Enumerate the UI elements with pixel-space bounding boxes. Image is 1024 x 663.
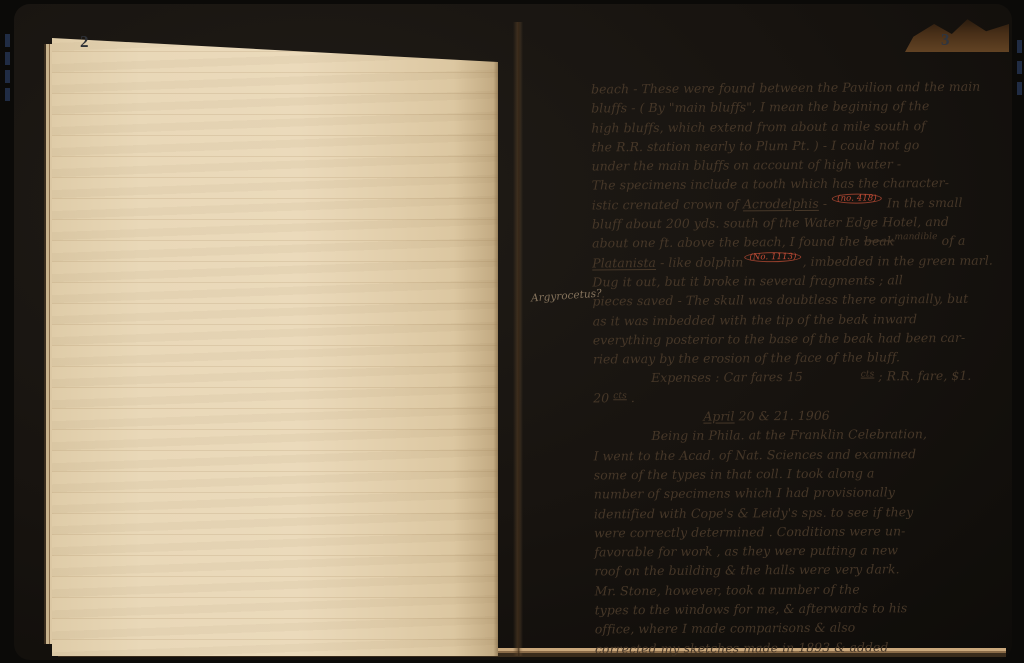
handwriting-segment: April — [703, 408, 734, 423]
handwriting-segment: as it was imbedded with the tip of the b… — [593, 311, 918, 328]
handwriting-line: Platanista - like dolphin(No. 1113), imb… — [592, 250, 1004, 272]
handwriting-segment: Expenses : Car fares 15 — [651, 369, 803, 385]
edge-dash — [5, 52, 10, 65]
handwriting-segment: bluff about 200 yds. south of the Water … — [592, 214, 949, 231]
handwriting-segment: under the main bluffs on account of high… — [592, 156, 902, 173]
handwriting-segment: 20 — [593, 390, 613, 405]
handwriting-segment: high bluffs, which extend from about a m… — [591, 118, 926, 135]
handwriting-segment: 20 & 21. 1906 — [735, 408, 830, 424]
handwriting-segment: pieces saved - The skull was doubtless t… — [592, 291, 968, 309]
handwriting-segment: favorable for work , as they were puttin… — [594, 542, 898, 559]
handwriting-segment: ried away by the erosion of the face of … — [593, 349, 900, 366]
handwriting-segment: - — [819, 196, 831, 211]
edge-dash — [5, 70, 10, 83]
handwriting-segment: I went to the Acad. of Nat. Sciences and… — [594, 446, 917, 463]
handwriting-segment: the R.R. station nearly to Plum Pt. ) - … — [591, 137, 919, 154]
handwriting-segment: bluffs - ( By "main bluffs", I mean the … — [591, 98, 929, 115]
handwriting-segment: beak — [864, 234, 895, 249]
handwriting-segment: types to the windows for me, & afterward… — [595, 600, 908, 617]
handwriting-segment: Acrodelphis — [743, 196, 819, 212]
handwriting-segment: everything posterior to the base of the … — [593, 330, 966, 348]
handwriting-line: about one ft. above the beach, I found t… — [592, 231, 1004, 253]
right-page-number: 3 — [941, 30, 950, 50]
edge-dash — [1017, 82, 1022, 95]
handwriting-segment: of a — [938, 233, 966, 248]
handwriting-segment: . — [627, 390, 635, 405]
edge-dash — [5, 34, 10, 47]
handwriting-segment: corrected my sketches made in 1893 & add… — [595, 639, 889, 656]
handwriting-line: corrected my sketches made in 1893 & add… — [595, 636, 1007, 658]
handwriting-segment: The specimens include a tooth which has … — [592, 175, 949, 192]
handwriting-block: beach - These were found between the Pav… — [591, 77, 1007, 659]
handwriting-segment: ; R.R. fare, $1. — [874, 368, 971, 384]
notebook-photo: 2 3 beach - These were found between the… — [0, 0, 1024, 663]
handwriting-segment: about one ft. above the beach, I found t… — [592, 234, 864, 251]
handwriting-segment: number of specimens which I had provisio… — [594, 485, 895, 502]
handwriting-segment: were correctly determined . Conditions w… — [594, 523, 905, 540]
left-page — [52, 30, 498, 656]
edge-dash — [5, 88, 10, 101]
handwriting-segment: In the small — [883, 195, 963, 211]
handwriting-segment: some of the types in that coll. I took a… — [594, 465, 875, 482]
handwriting-segment: roof on the building & the halls were ve… — [594, 562, 899, 579]
handwriting-line: pieces saved - The skull was doubtless t… — [592, 289, 1004, 311]
handwriting-segment: , imbedded in the green marl. — [803, 252, 993, 268]
handwriting-segment: Being in Phila. at the Franklin Celebrat… — [651, 426, 927, 443]
handwriting-segment: Mr. Stone, however, took a number of the — [595, 581, 860, 598]
handwriting-segment: beach - These were found between the Pav… — [591, 79, 980, 97]
edge-dash — [1017, 40, 1022, 53]
handwriting-line: Expenses : Car fares 15cts ; R.R. fare, … — [593, 366, 1005, 388]
handwriting-line: everything posterior to the base of the … — [593, 327, 1005, 349]
handwriting-line: The specimens include a tooth which has … — [592, 173, 1004, 195]
handwriting-segment: Platanista — [592, 255, 656, 270]
handwriting-segment: identified with Cope's & Leidy's sps. to… — [594, 504, 913, 521]
edge-dash — [1017, 61, 1022, 74]
handwriting-segment: office, where I made comparisons & also — [595, 620, 856, 637]
handwriting-segment: - like dolphin — [656, 254, 744, 270]
specimen-number-annotation: (no. 418) — [832, 193, 882, 203]
handwriting-segment: istic crenated crown of — [592, 196, 743, 212]
specimen-number-annotation: (No. 1113) — [744, 252, 801, 262]
handwriting-line: beach - These were found between the Pav… — [591, 77, 1003, 99]
left-page-number: 2 — [80, 32, 89, 52]
handwriting-segment: Dug it out, but it broke in several frag… — [592, 272, 903, 289]
